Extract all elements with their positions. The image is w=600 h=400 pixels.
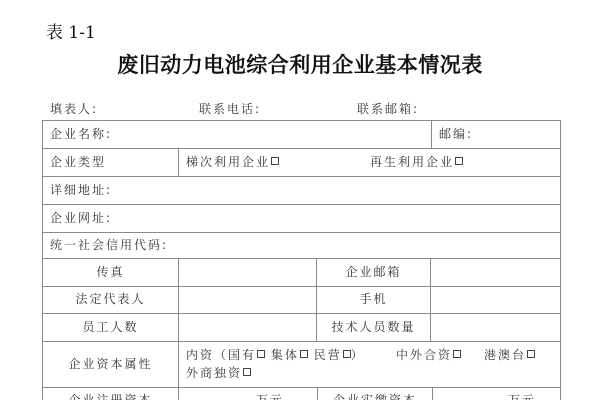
cascade-utilization-label: 梯次利用企业 [186, 155, 270, 169]
row-divider [42, 176, 561, 177]
foreign-owned-label: 外商独资 [186, 366, 242, 380]
address-label: 详细地址: [50, 183, 112, 197]
row-divider [42, 148, 561, 149]
credit-code-label: 统一社会信用代码: [50, 238, 168, 252]
private-label: 民营 [314, 348, 342, 362]
tech-staff-field[interactable] [431, 314, 559, 340]
registered-capital-label: 企业注册资本 [43, 393, 178, 400]
domestic-suffix: ） [351, 348, 365, 362]
paid-capital-unit: 万元 [508, 393, 536, 400]
checkbox-icon[interactable] [455, 157, 463, 165]
col-divider [432, 387, 433, 400]
hk-macao-taiwan-label: 港澳台 [484, 348, 526, 362]
capital-type-label: 企业资本属性 [43, 357, 178, 371]
checkbox-icon[interactable] [243, 368, 251, 376]
registered-capital-unit: 万元 [256, 393, 284, 400]
joint-venture-label: 中外合资 [396, 348, 452, 362]
info-form-table: 企业名称: 邮编: 企业类型 梯次利用企业 再生利用企业 详细地址: 企业网址:… [0, 0, 600, 400]
company-email-field[interactable] [431, 259, 559, 285]
domestic-prefix: 内资（ [186, 348, 228, 362]
company-type-label: 企业类型 [50, 155, 106, 169]
fax-field[interactable] [179, 259, 315, 285]
mobile-field[interactable] [431, 287, 559, 312]
row-divider [42, 341, 561, 342]
company-email-label: 企业邮箱 [317, 265, 430, 279]
foreign-owned-option[interactable]: 外商独资 [186, 366, 251, 380]
cascade-utilization-option[interactable]: 梯次利用企业 [186, 155, 279, 169]
row-divider [42, 204, 561, 205]
company-name-field[interactable] [183, 121, 429, 147]
checkbox-icon[interactable] [343, 350, 351, 358]
table-border-right [560, 120, 561, 400]
checkbox-icon[interactable] [300, 350, 308, 358]
row-divider [42, 387, 561, 388]
joint-venture-option[interactable]: 中外合资 [396, 348, 461, 362]
legal-rep-label: 法定代表人 [43, 292, 178, 306]
checkbox-icon[interactable] [453, 350, 461, 358]
mobile-label: 手机 [317, 292, 430, 306]
employees-field[interactable] [179, 314, 315, 340]
website-label: 企业网址: [50, 211, 112, 225]
hk-macao-taiwan-option[interactable]: 港澳台 [484, 348, 535, 362]
state-owned-label: 国有 [228, 348, 256, 362]
employees-label: 员工人数 [43, 320, 178, 334]
col-divider [178, 148, 179, 176]
checkbox-icon[interactable] [271, 157, 279, 165]
paid-capital-label: 企业实缴资本 [318, 393, 432, 400]
tech-staff-label: 技术人员数量 [317, 320, 430, 334]
collective-label: 集体 [271, 348, 299, 362]
company-name-label: 企业名称: [50, 127, 112, 141]
col-divider [431, 120, 432, 148]
postcode-label: 邮编: [439, 127, 473, 141]
recycling-option[interactable]: 再生利用企业 [370, 155, 463, 169]
legal-rep-field[interactable] [179, 287, 315, 312]
capital-type-options-line1: 内资（国有 集体 民营） [186, 348, 365, 362]
checkbox-icon[interactable] [527, 350, 535, 358]
row-divider [42, 232, 561, 233]
recycling-label: 再生利用企业 [370, 155, 454, 169]
checkbox-icon[interactable] [257, 350, 265, 358]
fax-label: 传真 [43, 265, 178, 279]
